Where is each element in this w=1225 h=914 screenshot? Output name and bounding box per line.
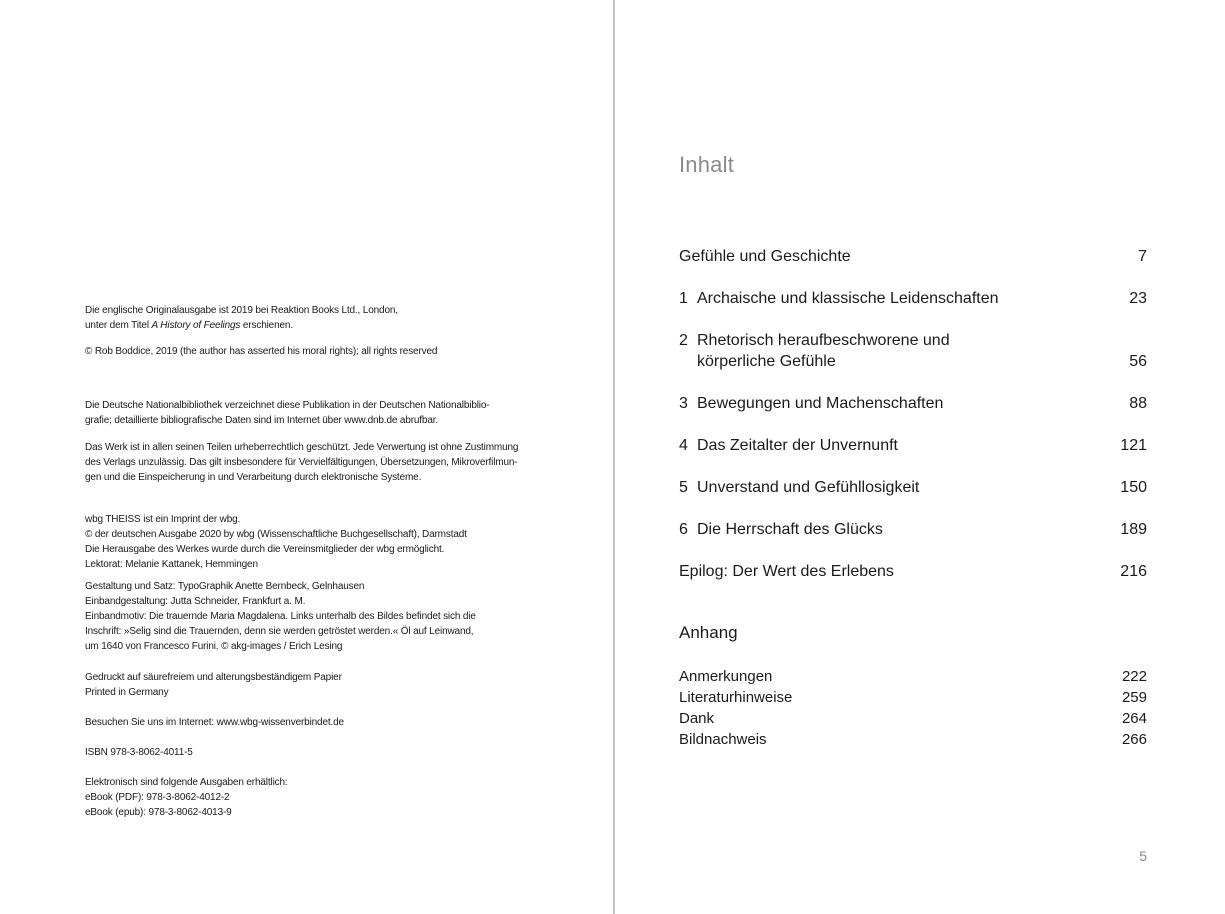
imprint-line: des Verlags unzulässig. Das gilt insbeso… bbox=[85, 455, 518, 470]
isbn: ISBN 978-3-8062-4011-5 bbox=[85, 745, 193, 760]
book-spread: Die englische Originalausgabe ist 2019 b… bbox=[0, 0, 1225, 914]
chapter-title: Archaische und klassische Leidenschaften bbox=[679, 288, 1147, 309]
website-note: Besuchen Sie uns im Internet: www.wbg-wi… bbox=[85, 715, 344, 730]
appendix-entry[interactable]: Bildnachweis266 bbox=[679, 729, 1147, 750]
imprint-line: gen und die Einspeicherung in und Verarb… bbox=[85, 470, 518, 485]
original-title-line: unter dem Titel A History of Feelings er… bbox=[85, 318, 398, 333]
contents-title: Inhalt bbox=[679, 152, 734, 178]
title-suffix: erschienen. bbox=[240, 320, 293, 331]
appendix-page-number: 222 bbox=[1122, 666, 1147, 687]
toc-entry[interactable]: 3Bewegungen und Machenschaften88 bbox=[679, 393, 1147, 414]
imprint-line: Einbandmotiv: Die trauernde Maria Magdal… bbox=[85, 609, 476, 624]
rights-note: Das Werk ist in allen seinen Teilen urhe… bbox=[85, 440, 518, 485]
appendix-label: Dank bbox=[679, 708, 714, 729]
imprint-line: grafie; detaillierte bibliografische Dat… bbox=[85, 413, 489, 428]
imprint-line: Gestaltung und Satz: TypoGraphik Anette … bbox=[85, 579, 476, 594]
chapter-title: Rhetorisch heraufbeschworene und bbox=[679, 330, 1147, 351]
toc-entry[interactable]: Epilog: Der Wert des Erlebens216 bbox=[679, 561, 1147, 582]
chapter-page-number: 56 bbox=[1129, 351, 1147, 372]
appendix-title: Anhang bbox=[679, 623, 738, 643]
chapter-number: 6 bbox=[679, 519, 688, 540]
chapter-number: 3 bbox=[679, 393, 688, 414]
chapter-title: Die Herrschaft des Glücks bbox=[679, 519, 1147, 540]
chapter-number: 2 bbox=[679, 330, 688, 351]
imprint-line: um 1640 von Francesco Furini. © akg-imag… bbox=[85, 639, 476, 654]
original-edition-line: Die englische Originalausgabe ist 2019 b… bbox=[85, 303, 398, 318]
contents-page: Inhalt Gefühle und Geschichte71Archaisch… bbox=[615, 0, 1225, 914]
imprint-line: Printed in Germany bbox=[85, 685, 342, 700]
ebook-isbns: Elektronisch sind folgende Ausgaben erhä… bbox=[85, 775, 288, 820]
toc-entry[interactable]: 1Archaische und klassische Leidenschafte… bbox=[679, 288, 1147, 309]
imprint-line: Elektronisch sind folgende Ausgaben erhä… bbox=[85, 775, 288, 790]
isbn-line: ISBN 978-3-8062-4011-5 bbox=[85, 745, 193, 760]
appendix-label: Literaturhinweise bbox=[679, 687, 792, 708]
appendix-label: Bildnachweis bbox=[679, 729, 767, 750]
chapter-number: 1 bbox=[679, 288, 688, 309]
chapter-page-number: 216 bbox=[1120, 561, 1147, 582]
chapter-title: Das Zeitalter der Unvernunft bbox=[679, 435, 1147, 456]
imprint-line: Inschrift: »Selig sind die Trauernden, d… bbox=[85, 624, 476, 639]
imprint-page: Die englische Originalausgabe ist 2019 b… bbox=[0, 0, 613, 914]
appendix-page-number: 264 bbox=[1122, 708, 1147, 729]
imprint-line: Die Deutsche Nationalbibliothek verzeich… bbox=[85, 398, 489, 413]
toc-entry[interactable]: 2Rhetorisch heraufbeschworene undkörperl… bbox=[679, 330, 1147, 372]
printing-note: Gedruckt auf säurefreiem und alterungsbe… bbox=[85, 670, 342, 700]
imprint-line: wbg THEISS ist ein Imprint der wbg. bbox=[85, 512, 467, 527]
imprint-line: Das Werk ist in allen seinen Teilen urhe… bbox=[85, 440, 518, 455]
author-copyright: © Rob Boddice, 2019 (the author has asse… bbox=[85, 344, 437, 359]
chapter-title: Gefühle und Geschichte bbox=[679, 246, 1147, 267]
imprint-line: eBook (PDF): 978-3-8062-4012-2 bbox=[85, 790, 288, 805]
imprint-line: Einbandgestaltung: Jutta Schneider, Fran… bbox=[85, 594, 476, 609]
title-prefix: unter dem Titel bbox=[85, 320, 152, 331]
page-number: 5 bbox=[1139, 848, 1147, 864]
imprint-line: Gedruckt auf säurefreiem und alterungsbe… bbox=[85, 670, 342, 685]
chapter-page-number: 7 bbox=[1138, 246, 1147, 267]
chapter-number: 4 bbox=[679, 435, 688, 456]
chapter-page-number: 150 bbox=[1120, 477, 1147, 498]
toc-entry[interactable]: 5Unverstand und Gefühllosigkeit150 bbox=[679, 477, 1147, 498]
original-title: A History of Feelings bbox=[152, 320, 241, 331]
appendix-entry[interactable]: Literaturhinweise259 bbox=[679, 687, 1147, 708]
imprint-line: Lektorat: Melanie Kattanek, Hemmingen bbox=[85, 557, 467, 572]
imprint-line: © der deutschen Ausgabe 2020 by wbg (Wis… bbox=[85, 527, 467, 542]
copyright-line: © Rob Boddice, 2019 (the author has asse… bbox=[85, 344, 437, 359]
chapter-title: Bewegungen und Machenschaften bbox=[679, 393, 1147, 414]
chapter-title: körperliche Gefühle bbox=[679, 351, 1147, 372]
toc-entry[interactable]: 6Die Herrschaft des Glücks189 bbox=[679, 519, 1147, 540]
imprint-line: Die Herausgabe des Werkes wurde durch di… bbox=[85, 542, 467, 557]
appendix-list: Anmerkungen222Literaturhinweise259Dank26… bbox=[679, 666, 1147, 750]
chapter-page-number: 23 bbox=[1129, 288, 1147, 309]
chapter-title: Unverstand und Gefühllosigkeit bbox=[679, 477, 1147, 498]
appendix-page-number: 266 bbox=[1122, 729, 1147, 750]
appendix-label: Anmerkungen bbox=[679, 666, 772, 687]
dnb-note: Die Deutsche Nationalbibliothek verzeich… bbox=[85, 398, 489, 428]
chapter-page-number: 121 bbox=[1120, 435, 1147, 456]
appendix-page-number: 259 bbox=[1122, 687, 1147, 708]
chapter-title: Epilog: Der Wert des Erlebens bbox=[679, 561, 1147, 582]
appendix-entry[interactable]: Dank264 bbox=[679, 708, 1147, 729]
imprint-line: eBook (epub): 978-3-8062-4013-9 bbox=[85, 805, 288, 820]
chapter-page-number: 88 bbox=[1129, 393, 1147, 414]
original-edition-note: Die englische Originalausgabe ist 2019 b… bbox=[85, 303, 398, 333]
publisher-note: wbg THEISS ist ein Imprint der wbg.© der… bbox=[85, 512, 467, 572]
toc-entry[interactable]: 4Das Zeitalter der Unvernunft121 bbox=[679, 435, 1147, 456]
chapter-page-number: 189 bbox=[1120, 519, 1147, 540]
design-credits: Gestaltung und Satz: TypoGraphik Anette … bbox=[85, 579, 476, 654]
toc-entry[interactable]: Gefühle und Geschichte7 bbox=[679, 246, 1147, 267]
website-line: Besuchen Sie uns im Internet: www.wbg-wi… bbox=[85, 715, 344, 730]
chapter-number: 5 bbox=[679, 477, 688, 498]
appendix-entry[interactable]: Anmerkungen222 bbox=[679, 666, 1147, 687]
